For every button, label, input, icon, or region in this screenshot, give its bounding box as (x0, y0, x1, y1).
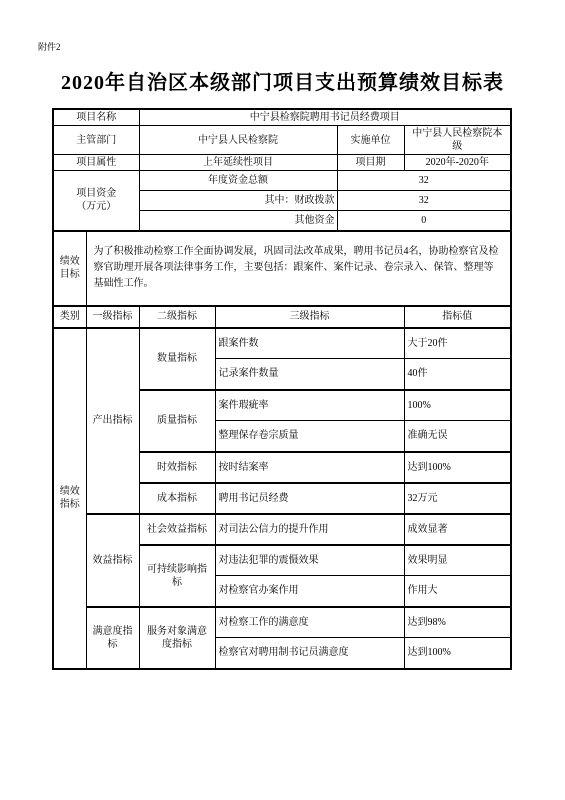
funding-total-name: 年度资金总额 (139, 171, 337, 191)
indicator-l2-quality: 质量指标 (139, 390, 215, 452)
indicator-l2-cost: 成本指标 (139, 483, 215, 514)
page-title: 2020年自治区本级部门项目支出预算绩效目标表 (0, 66, 565, 95)
indicator-category: 绩效指标 (53, 328, 86, 669)
goal-text: 为了积极推动检察工作全面协调发展，巩固司法改革成果，聘用书记员4名，协助检察官及… (86, 231, 511, 306)
attr-label: 项目属性 (53, 155, 139, 171)
indicator-l3: 对违法犯罪的震慑效果 (215, 545, 404, 576)
indicator-l2-sustain: 可持续影响指标 (139, 545, 215, 607)
unit-label: 实施单位 (337, 126, 404, 155)
header-level2: 二级指标 (139, 306, 215, 328)
indicator-value: 40件 (404, 359, 511, 390)
header-level3: 三级指标 (215, 306, 404, 328)
funding-row-total: 项目资金 （万元） 年度资金总额 32 (53, 171, 511, 191)
indicator-value: 达到98% (404, 607, 511, 638)
indicator-l1-output: 产出指标 (86, 328, 139, 514)
indicator-row: 效益指标 社会效益指标 对司法公信力的提升作用 成效显著 (53, 514, 511, 545)
indicator-row: 满意度指标 服务对象满意度指标 对检察工作的满意度 达到98% (53, 607, 511, 638)
indicator-value: 效果明显 (404, 545, 511, 576)
header-level1: 一级指标 (86, 306, 139, 328)
indicator-l3: 整理保存卷宗质量 (215, 421, 404, 452)
indicator-value: 大于20件 (404, 328, 511, 359)
funding-fiscal-name: 其中：财政拨款 (139, 191, 337, 211)
indicator-l2-service: 服务对象满意度指标 (139, 607, 215, 669)
dept-label: 主管部门 (53, 126, 139, 155)
indicator-value: 达到100% (404, 638, 511, 669)
header-value: 指标值 (404, 306, 511, 328)
project-name-row: 项目名称 中宁县检察院聘用书记员经费项目 (53, 109, 511, 126)
indicator-l2-quantity: 数量指标 (139, 328, 215, 390)
header-category: 类别 (53, 306, 86, 328)
attribute-row: 项目属性 上年延续性项目 项目期 2020年-2020年 (53, 155, 511, 171)
period-label: 项目期 (337, 155, 404, 171)
goal-label: 绩效目标 (53, 231, 86, 306)
indicator-l3: 检察官对聘用制书记员满意度 (215, 638, 404, 669)
goal-row: 绩效目标 为了积极推动检察工作全面协调发展，巩固司法改革成果，聘用书记员4名，协… (53, 231, 511, 306)
indicator-value: 32万元 (404, 483, 511, 514)
funding-other-value: 0 (337, 211, 511, 231)
indicator-l1-satisfaction: 满意度指标 (86, 607, 139, 669)
department-row: 主管部门 中宁县人民检察院 实施单位 中宁县人民检察院本级 (53, 126, 511, 155)
indicator-l3: 跟案件数 (215, 328, 404, 359)
indicator-header-row: 类别 一级指标 二级指标 三级指标 指标值 (53, 306, 511, 328)
indicator-value: 达到100% (404, 452, 511, 483)
indicator-l3: 案件瑕疵率 (215, 390, 404, 421)
indicator-value: 准确无误 (404, 421, 511, 452)
indicator-value: 100% (404, 390, 511, 421)
project-name-value: 中宁县检察院聘用书记员经费项目 (139, 109, 511, 126)
project-name-label: 项目名称 (53, 109, 139, 126)
funding-fiscal-value: 32 (337, 191, 511, 211)
indicator-l1-benefit: 效益指标 (86, 514, 139, 607)
indicator-row: 绩效指标 产出指标 数量指标 跟案件数 大于20件 (53, 328, 511, 359)
attachment-label: 附件2 (38, 40, 61, 53)
indicator-l2-timeliness: 时效指标 (139, 452, 215, 483)
indicator-l3: 记录案件数量 (215, 359, 404, 390)
indicator-l3: 对检察官办案作用 (215, 576, 404, 607)
indicator-l3: 对司法公信力的提升作用 (215, 514, 404, 545)
indicator-l3: 对检察工作的满意度 (215, 607, 404, 638)
funding-label: 项目资金 （万元） (53, 171, 139, 231)
funding-total-value: 32 (337, 171, 511, 191)
dept-value: 中宁县人民检察院 (139, 126, 337, 155)
indicator-l2-social: 社会效益指标 (139, 514, 215, 545)
indicator-l3: 按时结案率 (215, 452, 404, 483)
indicator-value: 成效显著 (404, 514, 511, 545)
performance-target-table: 项目名称 中宁县检察院聘用书记员经费项目 主管部门 中宁县人民检察院 实施单位 … (52, 108, 512, 670)
funding-other-name: 其他资金 (139, 211, 337, 231)
unit-value: 中宁县人民检察院本级 (404, 126, 511, 155)
attr-value: 上年延续性项目 (139, 155, 337, 171)
indicator-l3: 聘用书记员经费 (215, 483, 404, 514)
period-value: 2020年-2020年 (404, 155, 511, 171)
indicator-value: 作用大 (404, 576, 511, 607)
